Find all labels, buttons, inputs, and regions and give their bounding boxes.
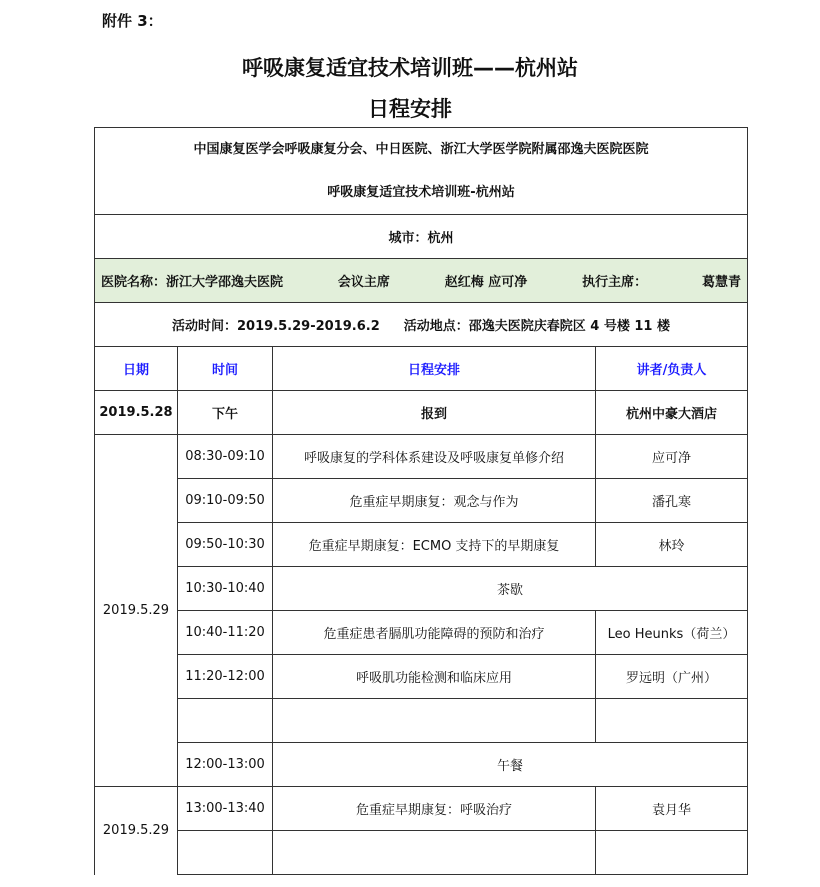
row-item: 呼吸康复的学科体系建设及呼吸康复单修介绍 — [273, 435, 596, 479]
header-schedule: 日程安排 — [273, 347, 596, 391]
activity-place: 活动地点：邵逸夫医院庆春院区 4 号楼 11 楼 — [404, 319, 670, 334]
row-item: 呼吸肌功能检测和临床应用 — [273, 655, 596, 699]
row-time: 10:30-10:40 — [178, 567, 273, 611]
row-time: 13:00-13:40 — [178, 787, 273, 831]
hospital-name: 医院名称：浙江大学邵逸夫医院 — [101, 271, 283, 290]
organizer-cell: 中国康复医学会呼吸康复分会、中日医院、浙江大学医学院附属邵逸夫医院医院 呼吸康复… — [95, 128, 748, 215]
row-person: 潘孔寒 — [596, 479, 748, 523]
day2-date: 2019.5.29 — [95, 787, 178, 875]
chair-names: 赵红梅 应可净 — [445, 271, 528, 290]
reg-person: 杭州中豪大酒店 — [596, 391, 748, 435]
activity-row: 活动时间：2019.5.29-2019.6.2活动地点：邵逸夫医院庆春院区 4 … — [95, 303, 748, 347]
schedule-table: 中国康复医学会呼吸康复分会、中日医院、浙江大学医学院附属邵逸夫医院医院 呼吸康复… — [94, 127, 748, 875]
row-time: 12:00-13:00 — [178, 743, 273, 787]
table-row: 09:10-09:50 危重症早期康复：观念与作为 潘孔寒 — [95, 479, 748, 523]
hospital-cell: 医院名称：浙江大学邵逸夫医院 会议主席 赵红梅 应可净 执行主席： 葛慧青 — [95, 259, 748, 303]
day1-date: 2019.5.29 — [95, 435, 178, 787]
row-item — [273, 699, 596, 743]
row-person: 袁月华 — [596, 787, 748, 831]
row-item-break: 茶歇 — [273, 567, 748, 611]
document-title: 呼吸康复适宜技术培训班——杭州站 — [0, 52, 820, 82]
table-row: 10:30-10:40 茶歇 — [95, 567, 748, 611]
row-person: 罗远明（广州） — [596, 655, 748, 699]
row-item-lunch: 午餐 — [273, 743, 748, 787]
activity-cell: 活动时间：2019.5.29-2019.6.2活动地点：邵逸夫医院庆春院区 4 … — [95, 303, 748, 347]
row-person — [596, 831, 748, 875]
row-item — [273, 831, 596, 875]
exec-chair-name: 葛慧青 — [702, 271, 741, 290]
header-date: 日期 — [95, 347, 178, 391]
hospital-row: 医院名称：浙江大学邵逸夫医院 会议主席 赵红梅 应可净 执行主席： 葛慧青 — [95, 259, 748, 303]
header-row: 日期 时间 日程安排 讲者/负责人 — [95, 347, 748, 391]
header-speaker: 讲者/负责人 — [596, 347, 748, 391]
table-row: 2019.5.29 13:00-13:40 危重症早期康复：呼吸治疗 袁月华 — [95, 787, 748, 831]
row-person: 应可净 — [596, 435, 748, 479]
row-item: 危重症患者膈肌功能障碍的预防和治疗 — [273, 611, 596, 655]
reg-time: 下午 — [178, 391, 273, 435]
row-time: 09:50-10:30 — [178, 523, 273, 567]
organizer-line-1: 中国康复医学会呼吸康复分会、中日医院、浙江大学医学院附属邵逸夫医院医院 — [95, 128, 747, 171]
table-row: 2019.5.29 08:30-09:10 呼吸康复的学科体系建设及呼吸康复单修… — [95, 435, 748, 479]
table-row — [95, 831, 748, 875]
table-row: 11:20-12:00 呼吸肌功能检测和临床应用 罗远明（广州） — [95, 655, 748, 699]
row-time: 08:30-09:10 — [178, 435, 273, 479]
activity-time: 活动时间：2019.5.29-2019.6.2 — [172, 319, 380, 334]
row-person: Leo Heunks（荷兰） — [596, 611, 748, 655]
reg-date: 2019.5.28 — [95, 391, 178, 435]
row-item: 危重症早期康复：观念与作为 — [273, 479, 596, 523]
row-time — [178, 831, 273, 875]
header-time: 时间 — [178, 347, 273, 391]
row-time: 09:10-09:50 — [178, 479, 273, 523]
row-time: 11:20-12:00 — [178, 655, 273, 699]
city-row: 城市：杭州 — [95, 215, 748, 259]
registration-row: 2019.5.28 下午 报到 杭州中豪大酒店 — [95, 391, 748, 435]
organizer-row: 中国康复医学会呼吸康复分会、中日医院、浙江大学医学院附属邵逸夫医院医院 呼吸康复… — [95, 128, 748, 215]
reg-item: 报到 — [273, 391, 596, 435]
table-row: 10:40-11:20 危重症患者膈肌功能障碍的预防和治疗 Leo Heunks… — [95, 611, 748, 655]
table-row: 12:00-13:00 午餐 — [95, 743, 748, 787]
row-time — [178, 699, 273, 743]
row-time: 10:40-11:20 — [178, 611, 273, 655]
chair-label: 会议主席 — [338, 271, 390, 290]
organizer-line-2: 呼吸康复适宜技术培训班-杭州站 — [95, 171, 747, 214]
row-person — [596, 699, 748, 743]
table-row: 09:50-10:30 危重症早期康复：ECMO 支持下的早期康复 林玲 — [95, 523, 748, 567]
exec-chair-label: 执行主席： — [582, 271, 647, 290]
city-cell: 城市：杭州 — [95, 215, 748, 259]
attachment-label: 附件 3： — [102, 10, 163, 31]
document-subtitle: 日程安排 — [0, 93, 820, 123]
row-person: 林玲 — [596, 523, 748, 567]
row-item: 危重症早期康复：呼吸治疗 — [273, 787, 596, 831]
table-row — [95, 699, 748, 743]
row-item: 危重症早期康复：ECMO 支持下的早期康复 — [273, 523, 596, 567]
